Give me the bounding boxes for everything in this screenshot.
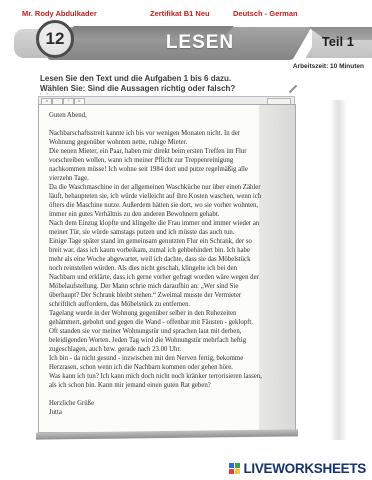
instructions-line-1: Lesen Sie den Text und die Aufgaben 1 bi…	[40, 74, 340, 84]
liveworksheets-grid-icon	[229, 463, 240, 474]
scan-shadow-column	[259, 105, 295, 432]
letter-paragraph: Tagelang wurde in der Wohnung gegenüber …	[49, 309, 262, 354]
teacher-name: Mr. Rody Abdulkader	[22, 9, 97, 18]
letter-gap	[49, 120, 262, 129]
section-title: LESEN	[140, 32, 260, 54]
letter-signature: Jutta	[49, 408, 262, 417]
letter-greeting: Guten Abend,	[49, 111, 262, 120]
work-time-label: Arbeitszeit: 10 Minuten	[293, 63, 364, 70]
letter-text: Guten Abend, Nachbarschaftsstreit kannte…	[49, 111, 262, 417]
letter-paragraph: Einige Tage später stand im gemeinsam ge…	[49, 237, 262, 309]
scan-curl-shadow	[330, 100, 347, 440]
letter-paragraph: Ich bin - da nicht gesund - inzwischen m…	[49, 354, 262, 372]
letter-closing: Herzliche Grüße	[49, 399, 262, 408]
lesson-number-badge: 12	[36, 20, 74, 58]
language-label: Deutsch - German	[233, 9, 298, 18]
section-banner: 12 LESEN Teil 1	[14, 27, 372, 60]
letter-paragraph: Nach dem Einzug klopfte und klingelte di…	[49, 219, 262, 237]
liveworksheets-wordmark: LIVEWORKSHEETS	[243, 461, 366, 476]
liveworksheets-logo[interactable]: LIVEWORKSHEETS	[229, 461, 366, 476]
letter-paragraph: Was kann ich tun? Ich kann mich doch nic…	[49, 372, 262, 390]
letter-gap	[49, 390, 262, 399]
letter-paragraph: Die neuen Mieter, ein Paar, haben mir di…	[49, 147, 262, 183]
part-label: Teil 1	[322, 34, 354, 49]
letter-paper: Guten Abend, Nachbarschaftsstreit kannte…	[38, 104, 296, 433]
letter-paragraph: Da die Waschmaschine in der allgemeinen …	[49, 183, 262, 219]
letter-paragraph: Nachbarschaftsstreit kannte ich bis vor …	[49, 129, 262, 147]
exam-title: Zertifikat B1 Neu	[150, 9, 210, 18]
